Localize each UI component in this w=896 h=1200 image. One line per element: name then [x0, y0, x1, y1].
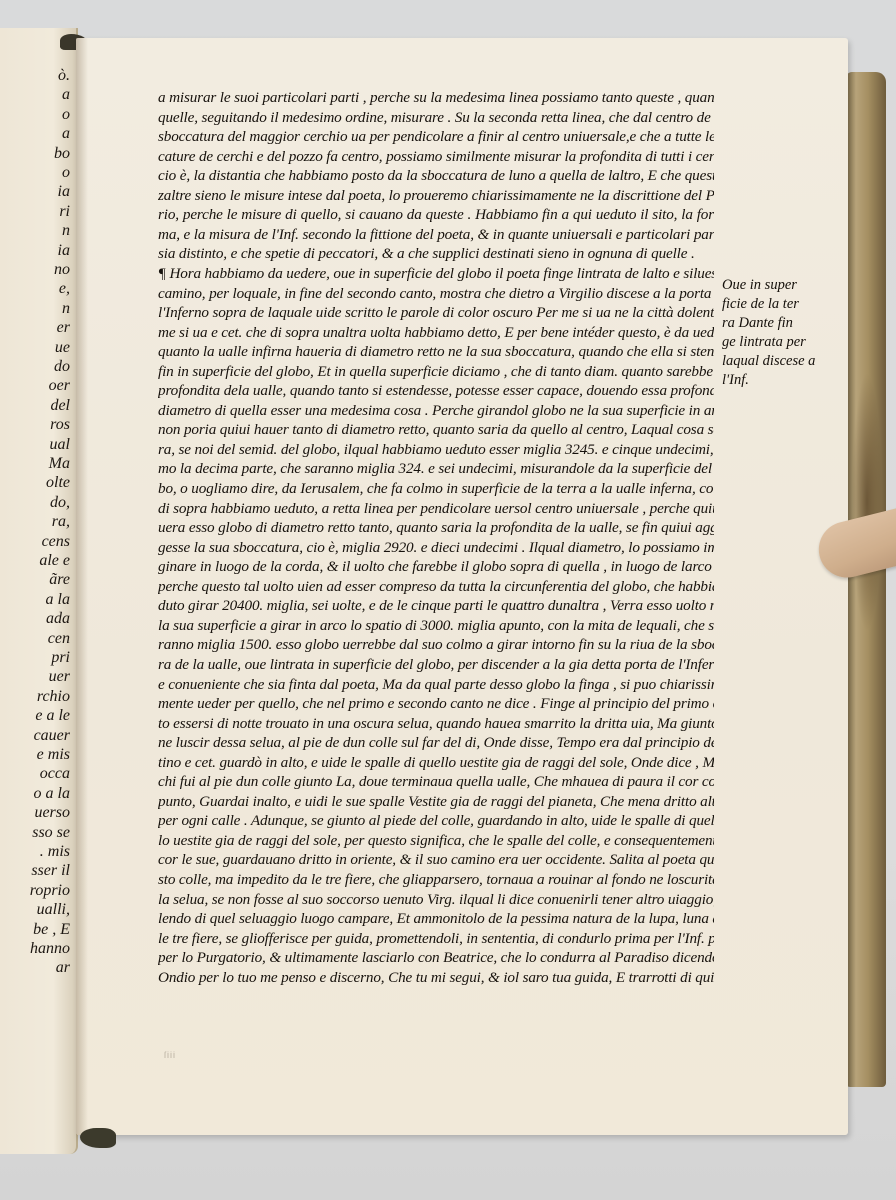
- margin-note: Oue in superficie de la terra Dante fing…: [722, 276, 818, 390]
- vellum-binding-edge: [846, 72, 886, 1087]
- text-line: ra, se noi del semid. del globo, ilqual …: [158, 440, 714, 460]
- left-page-line-ending: uerso: [34, 805, 70, 821]
- left-page-line-ending: cens: [42, 534, 70, 550]
- text-line: la sua superficie a girar in arco lo spa…: [158, 616, 714, 636]
- text-line: lendo di quel seluaggio luogo campare, E…: [158, 909, 714, 929]
- text-line: sboccatura del maggior cerchio ua per pe…: [158, 127, 714, 147]
- left-page-line-ending: be , E: [33, 922, 70, 938]
- text-line: perche questo tal uolto uien ad esser co…: [158, 577, 714, 597]
- text-line: per lo Purgatorio, & ultimamente lasciar…: [158, 948, 714, 968]
- left-page-line-ending: cen: [48, 631, 70, 647]
- margin-note-line: ficie de la ter: [722, 295, 818, 314]
- left-page-line-ending: e,: [59, 281, 70, 297]
- text-line: ginare in luogo de la corda, & il uolto …: [158, 557, 714, 577]
- text-line: to essersi di notte trouato in una oscur…: [158, 714, 714, 734]
- left-page-line-ending: e a le: [35, 708, 70, 724]
- text-line: cature de cerchi e del pozzo fa centro, …: [158, 147, 714, 167]
- left-page-line-ending: del: [50, 398, 70, 414]
- left-page-line-ending: do,: [50, 495, 70, 511]
- left-page-line-ending: uer: [49, 669, 70, 685]
- left-page-line-ending: ra,: [52, 514, 70, 530]
- text-line: camino, per loquale, in fine del secondo…: [158, 284, 714, 304]
- left-page-line-ending: er: [57, 320, 70, 336]
- left-page-line-ending: ale e: [39, 553, 70, 569]
- left-page-line-ending: oer: [49, 378, 70, 394]
- text-line: fin in superficie del globo, Et in quell…: [158, 362, 714, 382]
- text-line: zaltre sieno le misure intese dal poeta,…: [158, 186, 714, 206]
- left-page-line-ending: ue: [55, 340, 70, 356]
- text-line: quanto la ualle infirna haueria di diame…: [158, 342, 714, 362]
- left-page-line-ending: ual: [50, 437, 70, 453]
- margin-note-line: l'Inf.: [722, 371, 818, 390]
- text-line: lo uestite gia de raggi del sole, per qu…: [158, 831, 714, 851]
- left-page-line-ending: ia: [58, 184, 70, 200]
- left-page-line-ending: hanno: [30, 941, 70, 957]
- text-line: l'Inferno sopra de laquale uide scritto …: [158, 303, 714, 323]
- text-line: e conueniente che sia finta dal poeta, M…: [158, 675, 714, 695]
- text-line: mente ueder per quello, che nel primo e …: [158, 694, 714, 714]
- text-line: cio è, la distantia che habbiamo posto d…: [158, 166, 714, 186]
- text-line: per ogni calle . Adunque, se giunto al p…: [158, 811, 714, 831]
- left-page-line-ending: pri: [51, 650, 70, 666]
- right-page: a misurar le suoi particolari parti , pe…: [76, 38, 848, 1135]
- margin-note-line: ge lintrata per: [722, 333, 818, 352]
- left-page-line-ending: e mis: [37, 747, 70, 763]
- text-line: rio, perche le misure di quello, si caua…: [158, 205, 714, 225]
- left-page-line-ending: n: [62, 223, 70, 239]
- left-page-line-ending: ia: [58, 243, 70, 259]
- left-page-line-ending: ros: [50, 417, 70, 433]
- margin-note-line: laqual discese a: [722, 352, 818, 371]
- text-line: di sopra habbiamo ueduto, a retta linea …: [158, 499, 714, 519]
- text-line: uera esso globo di diametro retto tanto,…: [158, 518, 714, 538]
- page-gutter-shadow: [76, 38, 88, 1135]
- left-page-line-ending: Ma: [49, 456, 70, 472]
- left-page-line-ending: rchio: [37, 689, 70, 705]
- text-line: cor le sue, guardauano dritto in oriente…: [158, 850, 714, 870]
- left-page-line-ending: a: [62, 126, 70, 142]
- margin-note-line: ra Dante fin: [722, 314, 818, 333]
- left-page-line-ending: ada: [46, 611, 70, 627]
- left-page-line-ending: o a la: [34, 786, 70, 802]
- text-line: ma, e la misura de l'Inf. secondo la fit…: [158, 225, 714, 245]
- left-page-line-ending: sso se: [32, 825, 70, 841]
- text-line: quelle, seguitando il medesimo ordine, m…: [158, 108, 714, 128]
- text-line: chi fui al pie dun colle giunto La, doue…: [158, 772, 714, 792]
- left-page-line-ending: sser il: [31, 863, 70, 879]
- left-page: ò.aoabooiarinianoe,neruedooerdelrosualMa…: [0, 28, 78, 1154]
- margin-note-line: Oue in super: [722, 276, 818, 295]
- text-line: sto colle, ma impedito da le tre fiere, …: [158, 870, 714, 890]
- text-line: tino e cet. guardò in alto, e uide le sp…: [158, 753, 714, 773]
- left-page-line-ending: roprio: [30, 883, 70, 899]
- left-page-line-ending: o: [62, 165, 70, 181]
- text-line: ranno miglia 1500. esso globo uerrebbe d…: [158, 635, 714, 655]
- left-page-line-ending: a la: [46, 592, 70, 608]
- binding-fragment-bottom: [80, 1128, 116, 1148]
- left-page-line-ending: ar: [56, 960, 70, 976]
- left-page-line-ending: a: [62, 87, 70, 103]
- text-line: mo la decima parte, che saranno miglia 3…: [158, 459, 714, 479]
- text-line: Ondio per lo tuo me penso e discerno, Ch…: [158, 968, 714, 988]
- left-page-line-ending: ri: [59, 204, 70, 220]
- text-line: gesse la sua sboccatura, cio è, miglia 2…: [158, 538, 714, 558]
- binding-stain: [852, 372, 882, 632]
- text-line: ne luscir dessa selua, al pie de dun col…: [158, 733, 714, 753]
- text-line: sia distinto, e che spetie di peccatori,…: [158, 244, 714, 264]
- left-page-line-ending: no: [54, 262, 70, 278]
- text-line: le tre fiere, se gliofferisce per guida,…: [158, 929, 714, 949]
- text-line: me si ua e cet. che di sopra unaltra uol…: [158, 323, 714, 343]
- left-page-line-ending: ò.: [58, 68, 70, 84]
- left-page-line-ending: ualli,: [37, 902, 70, 918]
- text-line: ¶ Hora habbiamo da uedere, oue in superf…: [158, 264, 714, 284]
- text-line: profondita dela ualle, quando tanto si e…: [158, 381, 714, 401]
- signature-mark: ſiii: [164, 1050, 176, 1060]
- left-page-line-ending: n: [62, 301, 70, 317]
- left-page-line-ending: do: [54, 359, 70, 375]
- text-line: bo, o uogliamo dire, da Ierusalem, che f…: [158, 479, 714, 499]
- text-line: ra de la ualle, oue lintrata in superfic…: [158, 655, 714, 675]
- text-line: punto, Guardai inalto, e uidi le sue spa…: [158, 792, 714, 812]
- left-page-line-ending: cauer: [34, 728, 70, 744]
- left-page-line-ending: occa: [40, 766, 70, 782]
- text-line: non poria quiui hauer tanto di diametro …: [158, 420, 714, 440]
- text-line: a misurar le suoi particolari parti , pe…: [158, 88, 714, 108]
- text-line: la selua, se non fosse al suo soccorso u…: [158, 890, 714, 910]
- left-page-line-ending: . mis: [40, 844, 70, 860]
- text-line: diametro di quella esser una medesima co…: [158, 401, 714, 421]
- left-page-line-ending: ãre: [49, 572, 70, 588]
- left-page-line-ending: o: [62, 107, 70, 123]
- left-page-line-ending: olte: [46, 475, 70, 491]
- text-line: duto girar 20400. miglia, sei uolte, e d…: [158, 596, 714, 616]
- left-page-line-ending: bo: [54, 146, 70, 162]
